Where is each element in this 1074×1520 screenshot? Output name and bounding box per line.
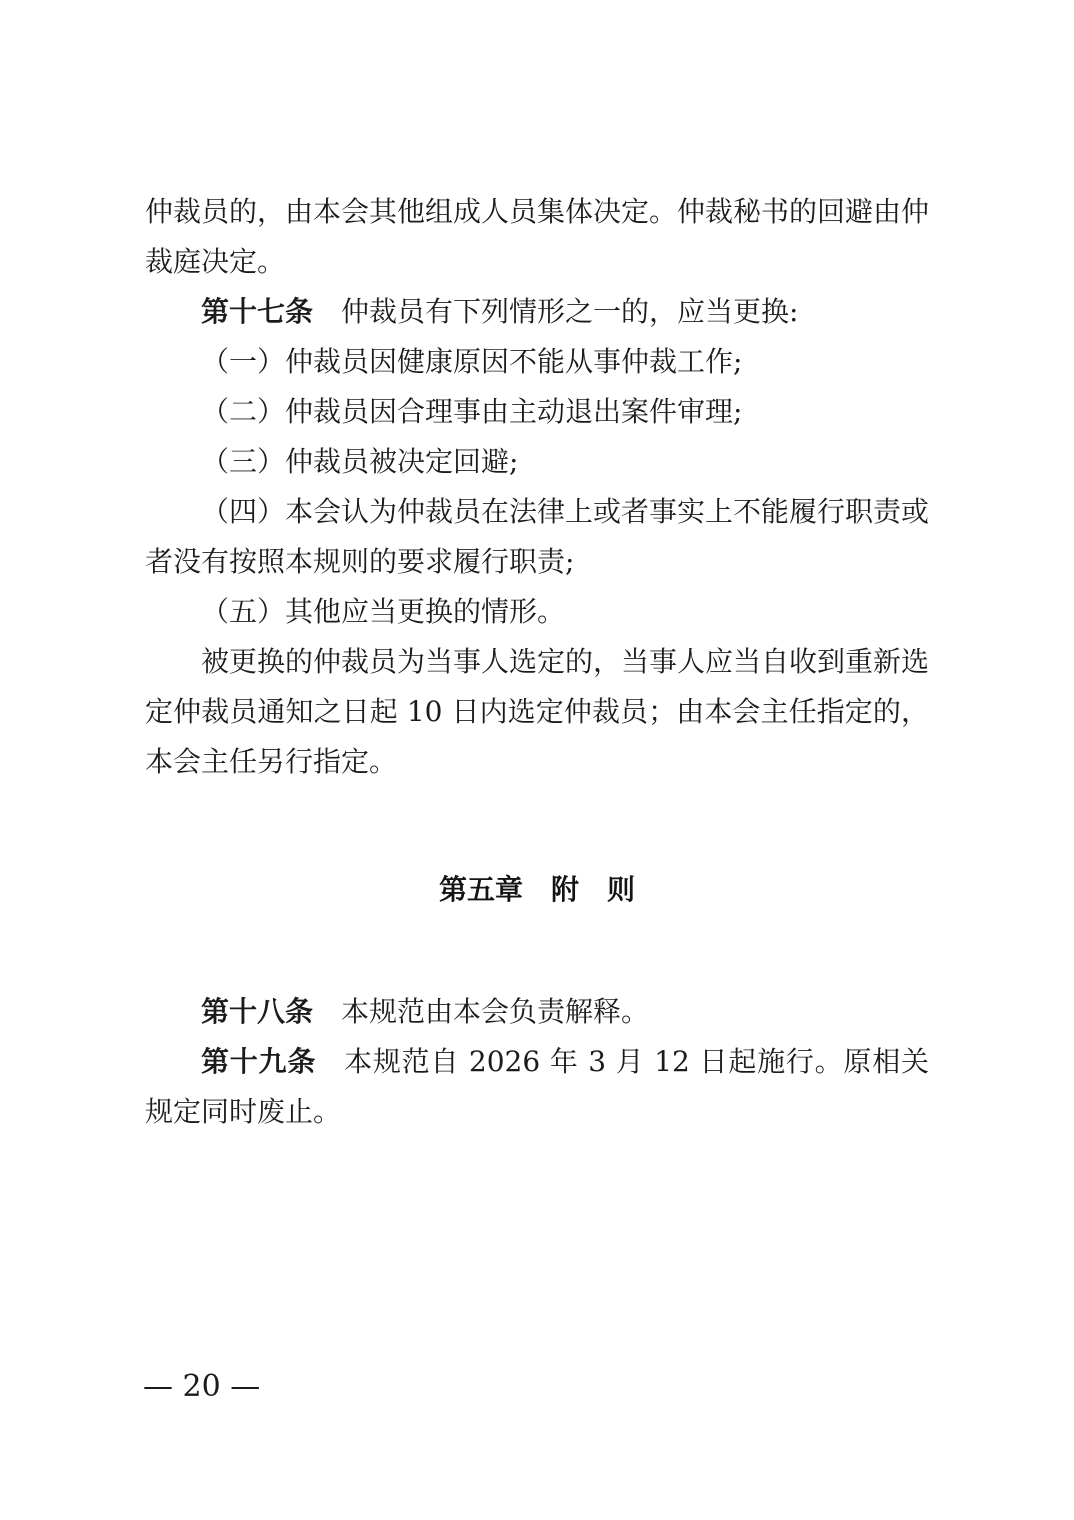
document-page: { "colors": { "background": "#ffffff", "… (0, 0, 1074, 1520)
list-item-3: （三）仲裁员被决定回避; (145, 437, 929, 487)
article-18-paragraph: 第十八条本规范由本会负责解释。 (145, 987, 929, 1037)
list-item-1: （一）仲裁员因健康原因不能从事仲裁工作; (145, 337, 929, 387)
article-18-text: 本规范由本会负责解释。 (341, 995, 649, 1028)
page-number: — 20 — (143, 1362, 260, 1412)
article-17-label: 第十七条 (201, 295, 313, 328)
paragraph-continuation: 仲裁员的，由本会其他组成人员集体决定。仲裁秘书的回避由仲裁庭决定。 (145, 187, 929, 287)
list-item-2: （二）仲裁员因合理事由主动退出案件审理; (145, 387, 929, 437)
article-17-text: 仲裁员有下列情形之一的，应当更换: (341, 295, 798, 328)
list-item-4: （四）本会认为仲裁员在法律上或者事实上不能履行职责或者没有按照本规则的要求履行职… (145, 487, 929, 587)
article-17-paragraph: 第十七条仲裁员有下列情形之一的，应当更换: (145, 287, 929, 337)
document-body: 仲裁员的，由本会其他组成人员集体决定。仲裁秘书的回避由仲裁庭决定。 第十七条仲裁… (145, 187, 929, 1137)
list-item-5: （五）其他应当更换的情形。 (145, 587, 929, 637)
replacement-procedure-paragraph: 被更换的仲裁员为当事人选定的，当事人应当自收到重新选定仲裁员通知之日起 10 日… (145, 637, 929, 787)
article-18-label: 第十八条 (201, 995, 313, 1028)
chapter-5-heading: 第五章 附 则 (145, 865, 929, 915)
article-19-label: 第十九条 (201, 1045, 316, 1078)
article-19-paragraph: 第十九条本规范自 2026 年 3 月 12 日起施行。原相关规定同时废止。 (145, 1037, 929, 1137)
